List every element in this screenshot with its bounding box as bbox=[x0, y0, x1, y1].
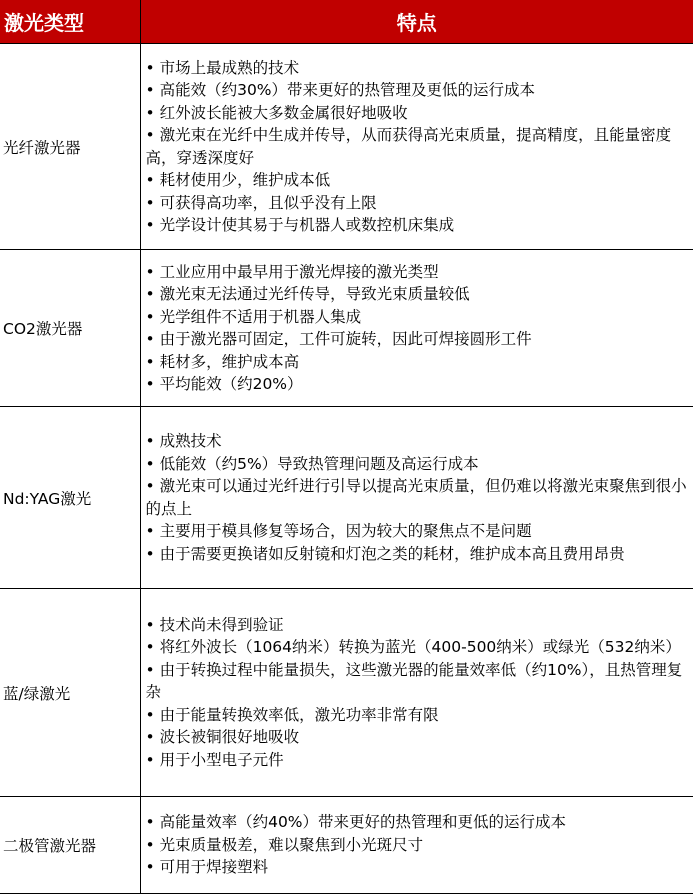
laser-type-cell: 蓝/绿激光 bbox=[0, 589, 140, 797]
feature-item: 由于需要更换诸如反射镜和灯泡之类的耗材，维护成本高且费用昂贵 bbox=[146, 543, 688, 566]
table-row: 蓝/绿激光技术尚未得到验证将红外波长（1064纳米）转换为蓝光（400-500纳… bbox=[0, 589, 693, 797]
laser-type-cell: 光纤激光器 bbox=[0, 44, 140, 250]
features-cell: 高能量效率（约40%）带来更好的热管理和更低的运行成本光束质量极差，难以聚焦到小… bbox=[140, 797, 693, 894]
feature-item: 成熟技术 bbox=[146, 430, 688, 453]
feature-item: 将红外波长（1064纳米）转换为蓝光（400-500纳米）或绿光（532纳米） bbox=[146, 636, 688, 659]
feature-item: 由于转换过程中能量损失，这些激光器的能量效率低（约10%），且热管理复杂 bbox=[146, 659, 688, 704]
feature-item: 工业应用中最早用于激光焊接的激光类型 bbox=[146, 261, 688, 284]
feature-item: 光束质量极差，难以聚焦到小光斑尺寸 bbox=[146, 834, 688, 857]
table-row: 光纤激光器市场上最成熟的技术高能效（约30%）带来更好的热管理及更低的运行成本红… bbox=[0, 44, 693, 250]
feature-item: 技术尚未得到验证 bbox=[146, 614, 688, 637]
features-list: 市场上最成熟的技术高能效（约30%）带来更好的热管理及更低的运行成本红外波长能被… bbox=[146, 57, 688, 237]
feature-item: 用于小型电子元件 bbox=[146, 749, 688, 772]
table-row: CO2激光器工业应用中最早用于激光焊接的激光类型激光束无法通过光纤传导，导致光束… bbox=[0, 250, 693, 407]
features-cell: 工业应用中最早用于激光焊接的激光类型激光束无法通过光纤传导，导致光束质量较低光学… bbox=[140, 250, 693, 407]
table-row: Nd:YAG激光成熟技术低能效（约5%）导致热管理问题及高运行成本激光束可以通过… bbox=[0, 407, 693, 589]
feature-item: 红外波长能被大多数金属很好地吸收 bbox=[146, 102, 688, 125]
feature-item: 高能量效率（约40%）带来更好的热管理和更低的运行成本 bbox=[146, 811, 688, 834]
feature-item: 平均能效（约20%） bbox=[146, 373, 688, 396]
feature-item: 可获得高功率，且似乎没有上限 bbox=[146, 192, 688, 215]
feature-item: 低能效（约5%）导致热管理问题及高运行成本 bbox=[146, 453, 688, 476]
features-list: 技术尚未得到验证将红外波长（1064纳米）转换为蓝光（400-500纳米）或绿光… bbox=[146, 614, 688, 772]
features-list: 成熟技术低能效（约5%）导致热管理问题及高运行成本激光束可以通过光纤进行引导以提… bbox=[146, 430, 688, 565]
table-row: 二极管激光器高能量效率（约40%）带来更好的热管理和更低的运行成本光束质量极差，… bbox=[0, 797, 693, 894]
feature-item: 耗材多，维护成本高 bbox=[146, 351, 688, 374]
feature-item: 由于激光器可固定，工件可旋转，因此可焊接圆形工件 bbox=[146, 328, 688, 351]
header-laser-type: 激光类型 bbox=[0, 0, 140, 44]
feature-item: 由于能量转换效率低，激光功率非常有限 bbox=[146, 704, 688, 727]
feature-item: 光学设计使其易于与机器人或数控机床集成 bbox=[146, 214, 688, 237]
feature-item: 波长被铜很好地吸收 bbox=[146, 726, 688, 749]
header-features: 特点 bbox=[140, 0, 693, 44]
feature-item: 光学组件不适用于机器人集成 bbox=[146, 306, 688, 329]
feature-item: 高能效（约30%）带来更好的热管理及更低的运行成本 bbox=[146, 79, 688, 102]
laser-type-cell: Nd:YAG激光 bbox=[0, 407, 140, 589]
table-body: 光纤激光器市场上最成熟的技术高能效（约30%）带来更好的热管理及更低的运行成本红… bbox=[0, 44, 693, 894]
features-cell: 市场上最成熟的技术高能效（约30%）带来更好的热管理及更低的运行成本红外波长能被… bbox=[140, 44, 693, 250]
feature-item: 市场上最成熟的技术 bbox=[146, 57, 688, 80]
features-list: 工业应用中最早用于激光焊接的激光类型激光束无法通过光纤传导，导致光束质量较低光学… bbox=[146, 261, 688, 396]
features-cell: 技术尚未得到验证将红外波长（1064纳米）转换为蓝光（400-500纳米）或绿光… bbox=[140, 589, 693, 797]
feature-item: 激光束无法通过光纤传导，导致光束质量较低 bbox=[146, 283, 688, 306]
feature-item: 耗材使用少，维护成本低 bbox=[146, 169, 688, 192]
feature-item: 可用于焊接塑料 bbox=[146, 856, 688, 879]
laser-comparison-table: 激光类型 特点 光纤激光器市场上最成熟的技术高能效（约30%）带来更好的热管理及… bbox=[0, 0, 693, 894]
features-cell: 成熟技术低能效（约5%）导致热管理问题及高运行成本激光束可以通过光纤进行引导以提… bbox=[140, 407, 693, 589]
laser-type-cell: CO2激光器 bbox=[0, 250, 140, 407]
feature-item: 激光束在光纤中生成并传导，从而获得高光束质量，提高精度，且能量密度高，穿透深度好 bbox=[146, 124, 688, 169]
laser-type-cell: 二极管激光器 bbox=[0, 797, 140, 894]
table-header-row: 激光类型 特点 bbox=[0, 0, 693, 44]
features-list: 高能量效率（约40%）带来更好的热管理和更低的运行成本光束质量极差，难以聚焦到小… bbox=[146, 811, 688, 879]
feature-item: 激光束可以通过光纤进行引导以提高光束质量，但仍难以将激光束聚焦到很小的点上 bbox=[146, 475, 688, 520]
feature-item: 主要用于模具修复等场合，因为较大的聚焦点不是问题 bbox=[146, 520, 688, 543]
